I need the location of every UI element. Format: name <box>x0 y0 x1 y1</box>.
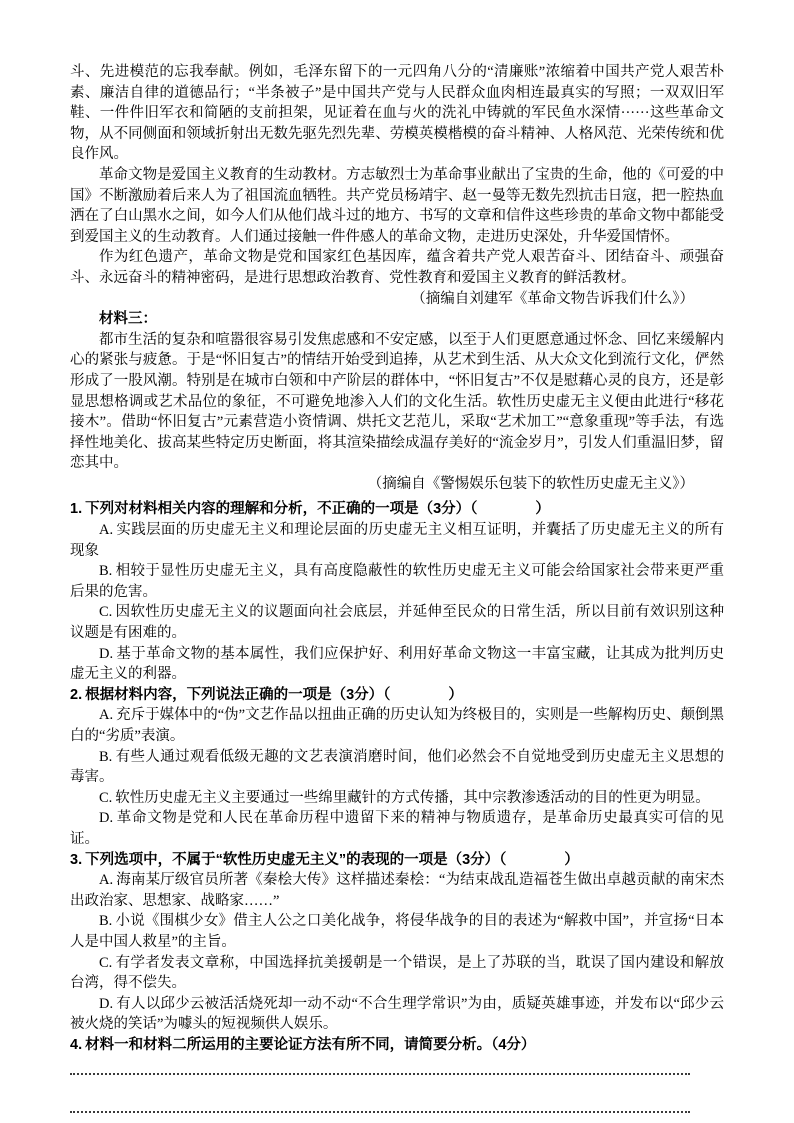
question-2-option-c: C.软性历史虚无主义主要通过一些绵里藏针的方式传播，其中宗教渗透活动的目的性更为… <box>70 788 724 809</box>
question-1-stem: 1.下列对材料相关内容的理解和分析，不正确的一项是（3分）（ ） <box>70 499 724 520</box>
option-text: 小说《围棋少女》借主人公之口美化战争，将侵华战争的目的表述为“解救中国”，并宣扬… <box>70 913 724 950</box>
material-three-source-attribution: （摘编自《警惕娱乐包装下的软性历史虚无主义》） <box>70 474 724 495</box>
material-two-source-attribution: （摘编自刘建军《革命文物告诉我们什么》） <box>70 289 724 310</box>
option-text: 有学者发表文章称，中国选择抗美援朝是一个错误，是上了苏联的当，耽误了国内建设和解… <box>70 955 724 992</box>
question-1-option-a: A.实践层面的历史虚无主义和理论层面的历史虚无主义相互证明，并囊括了历史虚无主义… <box>70 520 724 561</box>
option-label: D. <box>99 646 113 662</box>
option-label: A. <box>99 522 113 538</box>
option-text: 基于革命文物的基本属性，我们应保护好、利用好革命文物这一丰富宝藏，让其成为批判历… <box>70 646 724 683</box>
option-label: B. <box>99 563 112 579</box>
option-text: 相较于显性历史虚无主义，具有高度隐蔽性的软性历史虚无主义可能会给国家社会带来更严… <box>70 563 724 600</box>
question-3-option-b: B.小说《围棋少女》借主人公之口美化战争，将侵华战争的目的表述为“解救中国”，并… <box>70 911 724 952</box>
option-label: C. <box>99 955 112 971</box>
question-2-option-d: D.革命文物是党和人民在革命历程中遗留下来的精神与物质遗存，是革命历史最真实可信… <box>70 808 724 849</box>
exam-page: 斗、先进模范的忘我奉献。例如，毛泽东留下的一元四角八分的“清廉账”浓缩着中国共产… <box>0 0 794 1123</box>
question-2-option-a: A.充斥于媒体中的“伪”文艺作品以扭曲正确的历史认知为终极目的，实则是一些解构历… <box>70 705 724 746</box>
option-label: A. <box>99 872 113 888</box>
question-3-text: 下列选项中，不属于“软性历史虚无主义”的表现的一项是（3分）（ ） <box>85 852 579 868</box>
option-text: 因软性历史虚无主义的议题面向社会底层，并延伸至民众的日常生活，所以目前有效识别这… <box>70 604 724 641</box>
question-4-stem: 4.材料一和材料二所运用的主要论证方法有所不同，请简要分析。（4分） <box>70 1035 724 1056</box>
option-text: 充斥于媒体中的“伪”文艺作品以扭曲正确的历史认知为终极目的，实则是一些解构历史、… <box>70 707 724 744</box>
option-text: 革命文物是党和人民在革命历程中遗留下来的精神与物质遗存，是革命历史最真实可信的见… <box>70 810 724 847</box>
document-content: 斗、先进模范的忘我奉献。例如，毛泽东留下的一元四角八分的“清廉账”浓缩着中国共产… <box>70 62 724 1113</box>
option-label: B. <box>99 913 112 929</box>
question-1-option-c: C.因软性历史虚无主义的议题面向社会底层，并延伸至民众的日常生活，所以目前有效识… <box>70 602 724 643</box>
option-label: C. <box>99 790 112 806</box>
question-3-option-a: A.海南某厅级官员所著《秦桧大传》这样描述秦桧：“为结束战乱造福苍生做出卓越贡献… <box>70 870 724 911</box>
answer-line-2 <box>70 1111 690 1113</box>
question-4-text: 材料一和材料二所运用的主要论证方法有所不同，请简要分析。（4分） <box>85 1037 535 1053</box>
material-three-paragraph: 都市生活的复杂和喧嚣很容易引发焦虑感和不安定感，以至于人们更愿意通过怀念、回忆来… <box>70 330 724 474</box>
question-3-option-d: D.有人以邱少云被活活烧死却一动不动“不合生理学常识”为由，质疑英雄事迹，并发布… <box>70 994 724 1035</box>
option-text: 有人以邱少云被活活烧死却一动不动“不合生理学常识”为由，质疑英雄事迹，并发布以“… <box>70 996 724 1033</box>
question-1-option-b: B.相较于显性历史虚无主义，具有高度隐蔽性的软性历史虚无主义可能会给国家社会带来… <box>70 561 724 602</box>
option-label: C. <box>99 604 112 620</box>
question-4-number: 4. <box>70 1037 82 1053</box>
question-2-text: 根据材料内容，下列说法正确的一项是（3分）（ ） <box>85 687 463 703</box>
material-two-paragraph: 革命文物是爱国主义教育的生动教材。方志敏烈士为革命事业献出了宝贵的生命，他的《可… <box>70 165 724 247</box>
answer-line-1 <box>70 1073 690 1075</box>
material-two-paragraph: 作为红色遗产，革命文物是党和国家红色基因库，蕴含着共产党人艰苦奋斗、团结奋斗、顽… <box>70 247 724 288</box>
option-label: D. <box>99 996 113 1012</box>
question-3-number: 3. <box>70 852 82 868</box>
question-1-number: 1. <box>70 501 82 517</box>
question-1-option-d: D.基于革命文物的基本属性，我们应保护好、利用好革命文物这一丰富宝藏，让其成为批… <box>70 644 724 685</box>
question-3-option-c: C.有学者发表文章称，中国选择抗美援朝是一个错误，是上了苏联的当，耽误了国内建设… <box>70 953 724 994</box>
option-text: 实践层面的历史虚无主义和理论层面的历史虚无主义相互证明，并囊括了历史虚无主义的所… <box>70 522 724 559</box>
material-two-continuation-paragraph: 斗、先进模范的忘我奉献。例如，毛泽东留下的一元四角八分的“清廉账”浓缩着中国共产… <box>70 62 724 165</box>
question-3-stem: 3.下列选项中，不属于“软性历史虚无主义”的表现的一项是（3分）（ ） <box>70 850 724 871</box>
option-label: A. <box>99 707 113 723</box>
question-2-number: 2. <box>70 687 82 703</box>
question-2-stem: 2.根据材料内容，下列说法正确的一项是（3分）（ ） <box>70 685 724 706</box>
question-2-option-b: B.有些人通过观看低级无趣的文艺表演消磨时间，他们必然会不自觉地受到历史虚无主义… <box>70 747 724 788</box>
option-label: B. <box>99 749 112 765</box>
question-1-text: 下列对材料相关内容的理解和分析，不正确的一项是（3分）（ ） <box>85 501 550 517</box>
option-text: 海南某厅级官员所著《秦桧大传》这样描述秦桧：“为结束战乱造福苍生做出卓越贡献的南… <box>70 872 724 909</box>
option-text: 软性历史虚无主义主要通过一些绵里藏针的方式传播，其中宗教渗透活动的目的性更为明显… <box>115 790 710 806</box>
option-label: D. <box>99 810 113 826</box>
material-three-heading: 材料三： <box>70 309 724 330</box>
option-text: 有些人通过观看低级无趣的文艺表演消磨时间，他们必然会不自觉地受到历史虚无主义思想… <box>70 749 724 786</box>
